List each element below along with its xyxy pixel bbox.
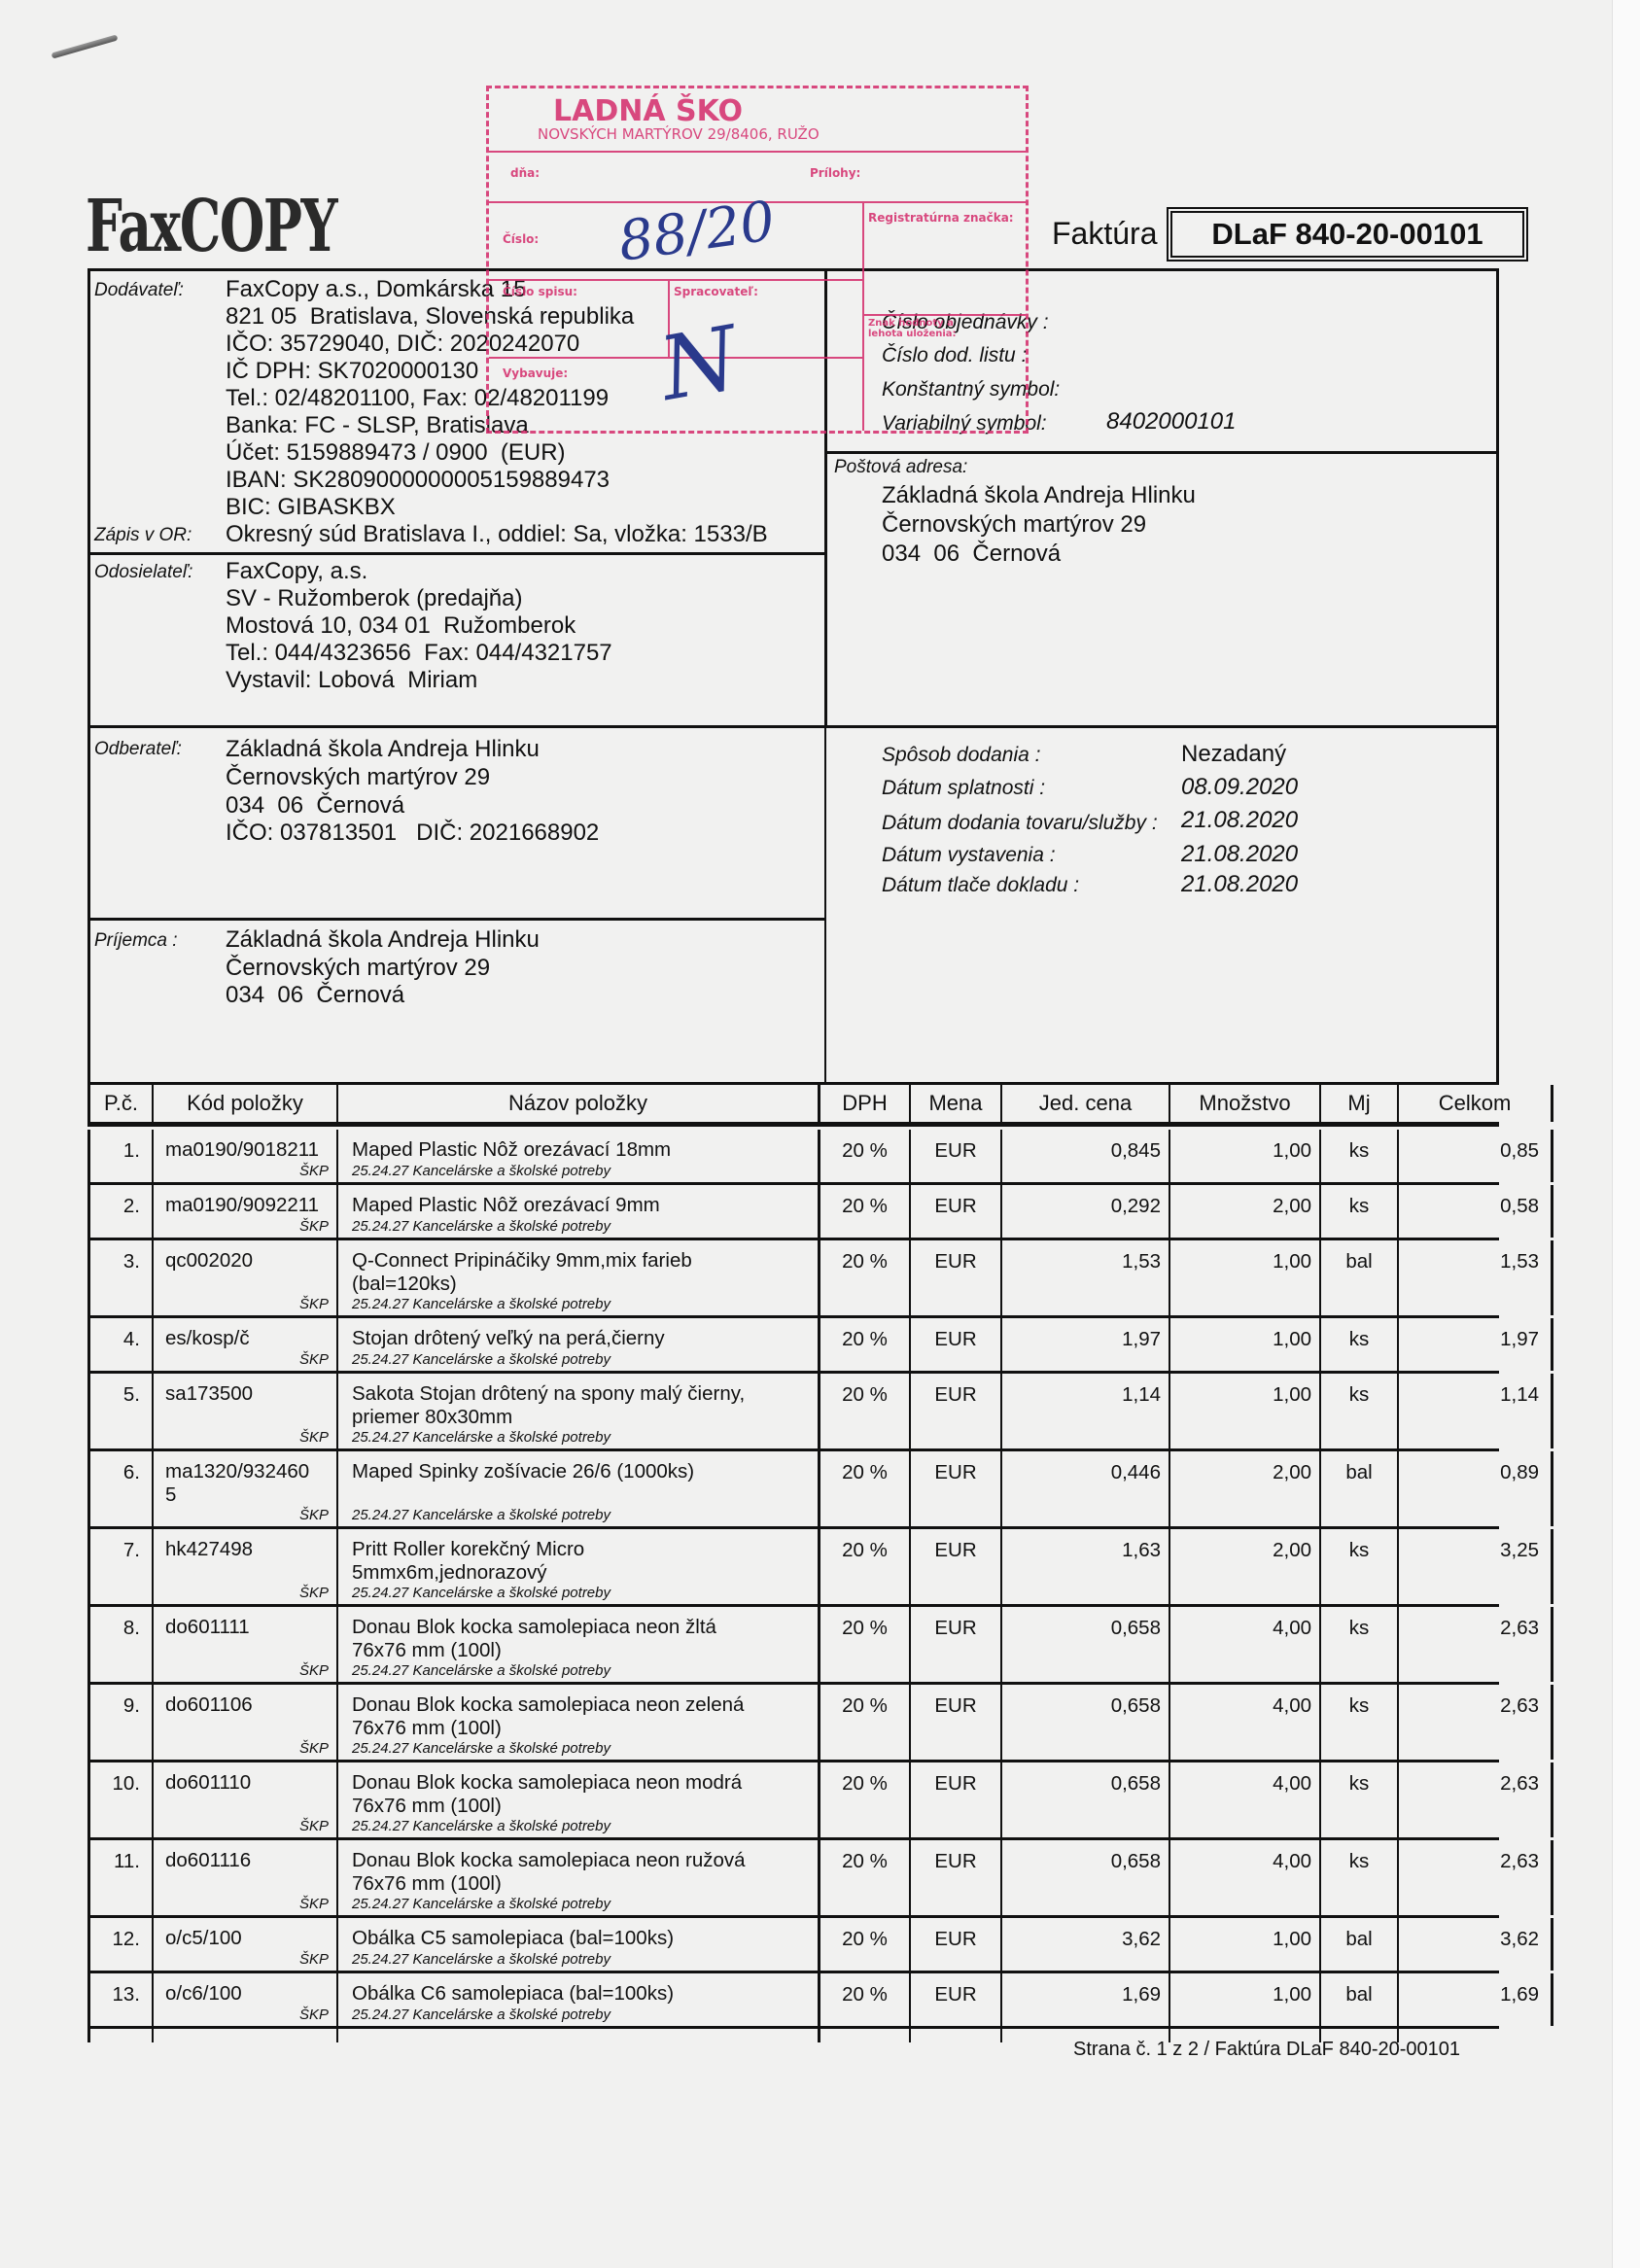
item-unit: bal <box>1321 1928 1397 1951</box>
item-unit-price-cell: 3,62 <box>1000 1918 1169 1971</box>
buyer-line: 034 06 Černová <box>226 792 404 820</box>
item-currency-cell: EUR <box>909 1374 1000 1448</box>
item-quantity-cell: 1,00 <box>1169 1374 1319 1448</box>
item-quantity: 1,00 <box>1273 1928 1311 1951</box>
item-code-cell: sa173500ŠKP <box>152 1374 336 1448</box>
item-total-cell: 2,63 <box>1397 1685 1553 1760</box>
cpa-classification: 25.24.27 Kancelárske a školské potreby <box>352 1429 611 1446</box>
item-unit-price-cell: 0,658 <box>1000 1762 1169 1837</box>
item-code-cell: do601116ŠKP <box>152 1840 336 1915</box>
item-total: 1,69 <box>1500 1983 1539 2006</box>
item-unit-price: 0,446 <box>1111 1461 1161 1484</box>
supplier-line: IČ DPH: SK7020000130 <box>226 358 478 386</box>
table-row: 9. do601106ŠKP Donau Blok kocka samolepi… <box>87 1685 1499 1762</box>
continuation-cell <box>336 2029 818 2042</box>
stamp-address: NOVSKÝCH MARTÝROV 29/8406, RUŽO <box>538 125 820 143</box>
item-code-cell: do601106ŠKP <box>152 1685 336 1760</box>
table-row: 10. do601110ŠKP Donau Blok kocka samolep… <box>87 1762 1499 1840</box>
item-quantity-cell: 1,00 <box>1169 1973 1319 2026</box>
continuation-cell <box>909 2029 1000 2042</box>
item-code-line: ma1320/932460 <box>165 1460 331 1483</box>
item-name-line: Donau Blok kocka samolepiaca neon zelená <box>352 1693 812 1717</box>
item-total-cell: 1,97 <box>1397 1318 1553 1371</box>
item-unit: ks <box>1321 1539 1397 1562</box>
sender-line: Mostová 10, 034 01 Ružomberok <box>226 612 576 641</box>
print-date-value: 21.08.2020 <box>1181 871 1298 899</box>
item-total-cell: 0,85 <box>1397 1130 1553 1182</box>
item-code-cell: qc002020ŠKP <box>152 1240 336 1315</box>
skp-label: ŠKP <box>299 1163 329 1179</box>
divider <box>87 918 826 921</box>
item-quantity-cell: 1,00 <box>1169 1240 1319 1315</box>
table-row: 13. o/c6/100ŠKP Obálka C6 samolepiaca (b… <box>87 1973 1499 2029</box>
col-header-name: Názov položky <box>336 1085 818 1122</box>
cpa-classification: 25.24.27 Kancelárske a školské potreby <box>352 1740 611 1757</box>
skp-label: ŠKP <box>299 1740 329 1757</box>
item-currency: EUR <box>911 1928 1000 1951</box>
company-logo: FaxCOPY <box>86 191 336 262</box>
continuation-cell <box>87 2029 152 2042</box>
col-header-number: P.č. <box>87 1085 152 1122</box>
item-quantity: 4,00 <box>1273 1617 1311 1640</box>
paper-edge <box>1612 0 1640 2268</box>
item-code-line: ma0190/9018211 <box>165 1138 331 1162</box>
buyer-label: Odberateľ: <box>94 739 182 760</box>
item-unit: ks <box>1321 1139 1397 1163</box>
stamp-file-label: Číslo spisu: <box>503 285 577 298</box>
item-total: 3,62 <box>1500 1928 1539 1951</box>
table-row: 11. do601116ŠKP Donau Blok kocka samolep… <box>87 1840 1499 1918</box>
stamp-number-label: Číslo: <box>503 232 539 246</box>
item-unit-price: 0,658 <box>1111 1694 1161 1718</box>
item-total: 1,14 <box>1500 1383 1539 1407</box>
divider <box>824 725 826 1085</box>
item-vat-cell: 20 % <box>818 1374 909 1448</box>
item-name-cell: Donau Blok kocka samolepiaca neon modrá7… <box>336 1762 818 1837</box>
item-vat: 20 % <box>820 1694 909 1718</box>
cpa-classification: 25.24.27 Kancelárske a školské potreby <box>352 1896 611 1912</box>
table-header-row: P.č. Kód položky Názov položky DPH Mena … <box>87 1082 1499 1127</box>
item-name-line: Obálka C6 samolepiaca (bal=100ks) <box>352 1982 812 2006</box>
item-vat-cell: 20 % <box>818 1318 909 1371</box>
item-currency-cell: EUR <box>909 1130 1000 1182</box>
sender-label: Odosielateľ: <box>94 562 192 583</box>
item-number-cell: 9. <box>87 1685 152 1760</box>
item-name-cell: Maped Plastic Nôž orezávací 9mm25.24.27 … <box>336 1185 818 1238</box>
stamp-date-label: dňa: <box>510 166 540 180</box>
item-unit: ks <box>1321 1195 1397 1218</box>
item-currency: EUR <box>911 1383 1000 1407</box>
staple-mark <box>52 34 119 58</box>
item-unit: ks <box>1321 1772 1397 1796</box>
item-quantity: 1,00 <box>1273 1383 1311 1407</box>
skp-label: ŠKP <box>299 1429 329 1446</box>
item-name-cell: Sakota Stojan drôtený na spony malý čier… <box>336 1374 818 1448</box>
page-footer: Strana č. 1 z 2 / Faktúra DLaF 840-20-00… <box>1073 2039 1460 2061</box>
item-number-cell: 4. <box>87 1318 152 1371</box>
item-total: 2,63 <box>1500 1617 1539 1640</box>
recipient-line: 034 06 Černová <box>226 982 404 1010</box>
item-vat-cell: 20 % <box>818 1529 909 1604</box>
item-code-cell: o/c6/100ŠKP <box>152 1973 336 2026</box>
item-quantity: 2,00 <box>1273 1461 1311 1484</box>
item-code-line: do601110 <box>165 1771 331 1795</box>
item-number-cell: 13. <box>87 1973 152 2026</box>
supplier-line: IBAN: SK2809000000005159889473 <box>226 467 610 495</box>
item-vat-cell: 20 % <box>818 1840 909 1915</box>
item-quantity: 4,00 <box>1273 1694 1311 1718</box>
item-code-line: do601111 <box>165 1616 331 1639</box>
item-total: 2,63 <box>1500 1694 1539 1718</box>
invoice-title-label: Faktúra <box>1052 216 1157 252</box>
item-name-line: Obálka C5 samolepiaca (bal=100ks) <box>352 1927 812 1950</box>
supplier-line: Banka: FC - SLSP, Bratislava <box>226 412 529 440</box>
skp-label: ŠKP <box>299 2006 329 2023</box>
skp-label: ŠKP <box>299 1662 329 1679</box>
item-quantity: 1,00 <box>1273 1139 1311 1163</box>
item-name-line: Pritt Roller korekčný Micro <box>352 1538 812 1561</box>
item-unit: ks <box>1321 1694 1397 1718</box>
stamp-retention-label: Znak hodnoty a lehota uloženia: <box>868 318 965 339</box>
item-name-line: Maped Plastic Nôž orezávací 9mm <box>352 1194 812 1217</box>
item-currency-cell: EUR <box>909 1240 1000 1315</box>
table-row: 7. hk427498ŠKP Pritt Roller korekčný Mic… <box>87 1529 1499 1607</box>
item-vat: 20 % <box>820 1250 909 1274</box>
cpa-classification: 25.24.27 Kancelárske a školské potreby <box>352 1296 611 1312</box>
stamp-registry-mark-label: Registratúrna značka: <box>868 211 1014 225</box>
item-vat-cell: 20 % <box>818 1240 909 1315</box>
item-vat-cell: 20 % <box>818 1185 909 1238</box>
buyer-line: Černovských martýrov 29 <box>226 764 490 792</box>
item-unit-cell: ks <box>1319 1685 1397 1760</box>
item-unit-price: 0,658 <box>1111 1850 1161 1873</box>
item-total-cell: 2,63 <box>1397 1840 1553 1915</box>
skp-label: ŠKP <box>299 1818 329 1834</box>
supplier-line: FaxCopy a.s., Domkárska 15 <box>226 276 526 304</box>
item-code-cell: o/c5/100ŠKP <box>152 1918 336 1971</box>
item-unit-price: 1,69 <box>1122 1983 1161 2006</box>
stamp-processor-label: Spracovateľ: <box>674 285 758 298</box>
item-currency-cell: EUR <box>909 1973 1000 2026</box>
item-number-cell: 11. <box>87 1840 152 1915</box>
item-total: 3,25 <box>1500 1539 1539 1562</box>
item-name-cell: Obálka C6 samolepiaca (bal=100ks)25.24.2… <box>336 1973 818 2026</box>
item-total-cell: 1,14 <box>1397 1374 1553 1448</box>
item-quantity-cell: 1,00 <box>1169 1918 1319 1971</box>
item-vat: 20 % <box>820 1928 909 1951</box>
item-number-cell: 8. <box>87 1607 152 1682</box>
item-total: 2,63 <box>1500 1772 1539 1796</box>
item-name-line: 76x76 mm (100l) <box>352 1795 812 1818</box>
item-currency-cell: EUR <box>909 1607 1000 1682</box>
item-quantity: 2,00 <box>1273 1539 1311 1562</box>
item-name-cell: Donau Blok kocka samolepiaca neon ružová… <box>336 1840 818 1915</box>
item-currency-cell: EUR <box>909 1318 1000 1371</box>
delivery-method-value: Nezadaný <box>1181 741 1286 769</box>
issue-date-value: 21.08.2020 <box>1181 841 1298 869</box>
item-number: 13. <box>90 1983 140 2006</box>
item-total-cell: 2,63 <box>1397 1607 1553 1682</box>
item-number-cell: 7. <box>87 1529 152 1604</box>
item-quantity-cell: 4,00 <box>1169 1762 1319 1837</box>
item-number-cell: 12. <box>87 1918 152 1971</box>
item-vat-cell: 20 % <box>818 1918 909 1971</box>
item-quantity-cell: 4,00 <box>1169 1685 1319 1760</box>
item-unit: bal <box>1321 1250 1397 1274</box>
item-unit-price-cell: 1,63 <box>1000 1529 1169 1604</box>
skp-label: ŠKP <box>299 1218 329 1235</box>
registry-stamp: LADNÁ ŠKO NOVSKÝCH MARTÝROV 29/8406, RUŽ… <box>486 86 1029 434</box>
postal-line: Základná škola Andreja Hlinku <box>882 482 1196 510</box>
item-total: 2,63 <box>1500 1850 1539 1873</box>
item-currency: EUR <box>911 1328 1000 1351</box>
item-name-cell: Maped Spinky zošívacie 26/6 (1000ks)25.2… <box>336 1451 818 1526</box>
item-name-cell: Q-Connect Pripináčiky 9mm,mix farieb(bal… <box>336 1240 818 1315</box>
col-header-currency: Mena <box>909 1085 1000 1122</box>
item-currency-cell: EUR <box>909 1762 1000 1837</box>
table-row: 3. qc002020ŠKP Q-Connect Pripináčiky 9mm… <box>87 1240 1499 1318</box>
item-currency: EUR <box>911 1694 1000 1718</box>
item-total: 1,97 <box>1500 1328 1539 1351</box>
skp-label: ŠKP <box>299 1507 329 1523</box>
item-number: 11. <box>90 1850 140 1873</box>
buyer-line: Základná škola Andreja Hlinku <box>226 736 540 764</box>
table-row: 2. ma0190/9092211ŠKP Maped Plastic Nôž o… <box>87 1185 1499 1240</box>
continuation-cell <box>152 2029 336 2042</box>
item-name-cell: Donau Blok kocka samolepiaca neon žltá76… <box>336 1607 818 1682</box>
item-currency: EUR <box>911 1850 1000 1873</box>
item-vat-cell: 20 % <box>818 1607 909 1682</box>
item-currency: EUR <box>911 1139 1000 1163</box>
item-total-cell: 1,53 <box>1397 1240 1553 1315</box>
item-total: 0,58 <box>1500 1195 1539 1218</box>
postal-label: Poštová adresa: <box>834 457 967 478</box>
item-number-cell: 2. <box>87 1185 152 1238</box>
item-unit-price-cell: 0,292 <box>1000 1185 1169 1238</box>
table-row: 5. sa173500ŠKP Sakota Stojan drôtený na … <box>87 1374 1499 1451</box>
item-code-line: do601106 <box>165 1693 331 1717</box>
item-unit-price: 0,658 <box>1111 1772 1161 1796</box>
skp-label: ŠKP <box>299 1585 329 1601</box>
delivery-date-label: Dátum dodania tovaru/služby : <box>882 813 1158 833</box>
item-total: 1,53 <box>1500 1250 1539 1274</box>
item-unit-price-cell: 1,53 <box>1000 1240 1169 1315</box>
item-name-line: Q-Connect Pripináčiky 9mm,mix farieb <box>352 1249 812 1273</box>
item-vat-cell: 20 % <box>818 1973 909 2026</box>
item-code-line: o/c5/100 <box>165 1927 331 1950</box>
item-quantity-cell: 4,00 <box>1169 1840 1319 1915</box>
supplier-line: Účet: 5159889473 / 0900 (EUR) <box>226 439 566 468</box>
item-unit: ks <box>1321 1383 1397 1407</box>
item-unit-cell: ks <box>1319 1762 1397 1837</box>
cpa-classification: 25.24.27 Kancelárske a školské potreby <box>352 1662 611 1679</box>
col-header-quantity: Množstvo <box>1169 1085 1319 1122</box>
col-header-vat: DPH <box>818 1085 909 1122</box>
item-currency: EUR <box>911 1461 1000 1484</box>
item-quantity: 1,00 <box>1273 1983 1311 2006</box>
item-code-cell: do601111ŠKP <box>152 1607 336 1682</box>
cpa-classification: 25.24.27 Kancelárske a školské potreby <box>352 1163 611 1179</box>
item-unit-price-cell: 0,658 <box>1000 1840 1169 1915</box>
table-row: 12. o/c5/100ŠKP Obálka C5 samolepiaca (b… <box>87 1918 1499 1973</box>
item-name-cell: Stojan drôtený veľký na perá,čierny25.24… <box>336 1318 818 1371</box>
item-name-line: 5mmx6m,jednorazový <box>352 1561 812 1585</box>
cpa-classification: 25.24.27 Kancelárske a školské potreby <box>352 1818 611 1834</box>
item-total: 0,85 <box>1500 1139 1539 1163</box>
item-unit-cell: bal <box>1319 1451 1397 1526</box>
item-vat-cell: 20 % <box>818 1130 909 1182</box>
item-unit-price: 0,292 <box>1111 1195 1161 1218</box>
supplier-line: BIC: GIBASKBX <box>226 494 396 522</box>
table-row: 4. es/kosp/čŠKP Stojan drôtený veľký na … <box>87 1318 1499 1374</box>
item-number: 7. <box>90 1539 140 1562</box>
item-currency: EUR <box>911 1772 1000 1796</box>
buyer-line: IČO: 037813501 DIČ: 2021668902 <box>226 820 599 848</box>
item-vat: 20 % <box>820 1461 909 1484</box>
stamp-attachments-label: Prílohy: <box>810 166 860 180</box>
delivery-method-label: Spôsob dodania : <box>882 745 1040 765</box>
item-unit: ks <box>1321 1850 1397 1873</box>
item-name-line: (bal=120ks) <box>352 1273 812 1296</box>
item-quantity-cell: 2,00 <box>1169 1185 1319 1238</box>
item-name-line: priemer 80x30mm <box>352 1406 812 1429</box>
item-code-cell: hk427498ŠKP <box>152 1529 336 1604</box>
item-quantity-cell: 2,00 <box>1169 1529 1319 1604</box>
item-vat: 20 % <box>820 1539 909 1562</box>
due-date-value: 08.09.2020 <box>1181 774 1298 802</box>
item-name-line: Stojan drôtený veľký na perá,čierny <box>352 1327 812 1350</box>
stamp-school-name: LADNÁ ŠKO <box>553 94 743 128</box>
item-name-cell: Maped Plastic Nôž orezávací 18mm25.24.27… <box>336 1130 818 1182</box>
item-total: 0,89 <box>1500 1461 1539 1484</box>
item-currency-cell: EUR <box>909 1185 1000 1238</box>
col-header-total: Celkom <box>1397 1085 1553 1122</box>
item-quantity-cell: 4,00 <box>1169 1607 1319 1682</box>
postal-line: Černovských martýrov 29 <box>882 511 1146 540</box>
item-number: 10. <box>90 1772 140 1796</box>
item-quantity-cell: 1,00 <box>1169 1130 1319 1182</box>
registry-value: Okresný súd Bratislava I., oddiel: Sa, v… <box>226 521 768 549</box>
item-name-line: Sakota Stojan drôtený na spony malý čier… <box>352 1382 812 1406</box>
recipient-line: Základná škola Andreja Hlinku <box>226 926 540 955</box>
item-currency: EUR <box>911 1539 1000 1562</box>
item-currency-cell: EUR <box>909 1685 1000 1760</box>
item-vat: 20 % <box>820 1772 909 1796</box>
item-number-cell: 10. <box>87 1762 152 1837</box>
item-vat: 20 % <box>820 1383 909 1407</box>
item-unit: ks <box>1321 1328 1397 1351</box>
item-number: 8. <box>90 1617 140 1640</box>
divider <box>824 451 1499 454</box>
item-vat-cell: 20 % <box>818 1451 909 1526</box>
item-name-cell: Obálka C5 samolepiaca (bal=100ks)25.24.2… <box>336 1918 818 1971</box>
cpa-classification: 25.24.27 Kancelárske a školské potreby <box>352 1351 611 1368</box>
item-currency: EUR <box>911 1983 1000 2006</box>
item-code-line: 5 <box>165 1483 331 1507</box>
item-number: 5. <box>90 1383 140 1407</box>
item-unit-price: 0,845 <box>1111 1139 1161 1163</box>
skp-label: ŠKP <box>299 1296 329 1312</box>
cpa-classification: 25.24.27 Kancelárske a školské potreby <box>352 2006 611 2023</box>
sender-line: Vystavil: Lobová Miriam <box>226 667 477 695</box>
item-unit-price: 1,53 <box>1122 1250 1161 1274</box>
item-vat: 20 % <box>820 1617 909 1640</box>
item-unit-cell: ks <box>1319 1374 1397 1448</box>
item-name-line: Maped Plastic Nôž orezávací 18mm <box>352 1138 812 1162</box>
supplier-label: Dodávateľ: <box>94 280 184 301</box>
item-unit-cell: bal <box>1319 1918 1397 1971</box>
item-code-line: o/c6/100 <box>165 1982 331 2006</box>
item-vat-cell: 20 % <box>818 1762 909 1837</box>
col-header-unit-price: Jed. cena <box>1000 1085 1169 1122</box>
item-unit-cell: ks <box>1319 1318 1397 1371</box>
item-unit-price-cell: 0,845 <box>1000 1130 1169 1182</box>
item-unit-price-cell: 1,69 <box>1000 1973 1169 2026</box>
col-header-code: Kód položky <box>152 1085 336 1122</box>
item-currency: EUR <box>911 1250 1000 1274</box>
item-total-cell: 1,69 <box>1397 1973 1553 2026</box>
divider <box>87 725 1499 728</box>
item-unit-cell: bal <box>1319 1240 1397 1315</box>
item-code-cell: ma1320/9324605ŠKP <box>152 1451 336 1526</box>
item-number: 4. <box>90 1328 140 1351</box>
item-currency-cell: EUR <box>909 1451 1000 1526</box>
item-currency-cell: EUR <box>909 1840 1000 1915</box>
stamp-handler-label: Vybavuje: <box>503 366 568 380</box>
item-name-line: 76x76 mm (100l) <box>352 1872 812 1896</box>
table-row: 8. do601111ŠKP Donau Blok kocka samolepi… <box>87 1607 1499 1685</box>
item-unit: ks <box>1321 1617 1397 1640</box>
item-code-cell: es/kosp/čŠKP <box>152 1318 336 1371</box>
item-unit-price-cell: 1,97 <box>1000 1318 1169 1371</box>
item-number: 9. <box>90 1694 140 1718</box>
item-currency: EUR <box>911 1195 1000 1218</box>
cpa-classification: 25.24.27 Kancelárske a školské potreby <box>352 1585 611 1601</box>
item-number: 1. <box>90 1139 140 1163</box>
invoice-number: DLaF 840-20-00101 <box>1167 207 1528 262</box>
item-currency: EUR <box>911 1617 1000 1640</box>
item-code-cell: ma0190/9018211ŠKP <box>152 1130 336 1182</box>
item-unit-price-cell: 0,446 <box>1000 1451 1169 1526</box>
item-unit-price: 0,658 <box>1111 1617 1161 1640</box>
item-code-line: sa173500 <box>165 1382 331 1406</box>
item-vat-cell: 20 % <box>818 1685 909 1760</box>
issue-date-label: Dátum vystavenia : <box>882 845 1056 865</box>
item-quantity: 4,00 <box>1273 1772 1311 1796</box>
item-number-cell: 3. <box>87 1240 152 1315</box>
item-vat: 20 % <box>820 1328 909 1351</box>
item-number: 12. <box>90 1928 140 1951</box>
item-name-line: Maped Spinky zošívacie 26/6 (1000ks) <box>352 1460 812 1483</box>
table-row: 1. ma0190/9018211ŠKP Maped Plastic Nôž o… <box>87 1130 1499 1185</box>
item-vat: 20 % <box>820 1195 909 1218</box>
item-quantity: 2,00 <box>1273 1195 1311 1218</box>
item-unit-cell: ks <box>1319 1130 1397 1182</box>
item-unit-cell: bal <box>1319 1973 1397 2026</box>
item-currency-cell: EUR <box>909 1918 1000 1971</box>
item-quantity-cell: 1,00 <box>1169 1318 1319 1371</box>
item-code-line: do601116 <box>165 1849 331 1872</box>
item-code-cell: do601110ŠKP <box>152 1762 336 1837</box>
item-name-line: Donau Blok kocka samolepiaca neon žltá <box>352 1616 812 1639</box>
item-name-cell: Donau Blok kocka samolepiaca neon zelená… <box>336 1685 818 1760</box>
item-unit: bal <box>1321 1461 1397 1484</box>
item-name-line: 76x76 mm (100l) <box>352 1639 812 1662</box>
sender-line: Tel.: 044/4323656 Fax: 044/4321757 <box>226 640 612 668</box>
item-vat: 20 % <box>820 1850 909 1873</box>
delivery-date-value: 21.08.2020 <box>1181 807 1298 835</box>
recipient-line: Černovských martýrov 29 <box>226 955 490 983</box>
